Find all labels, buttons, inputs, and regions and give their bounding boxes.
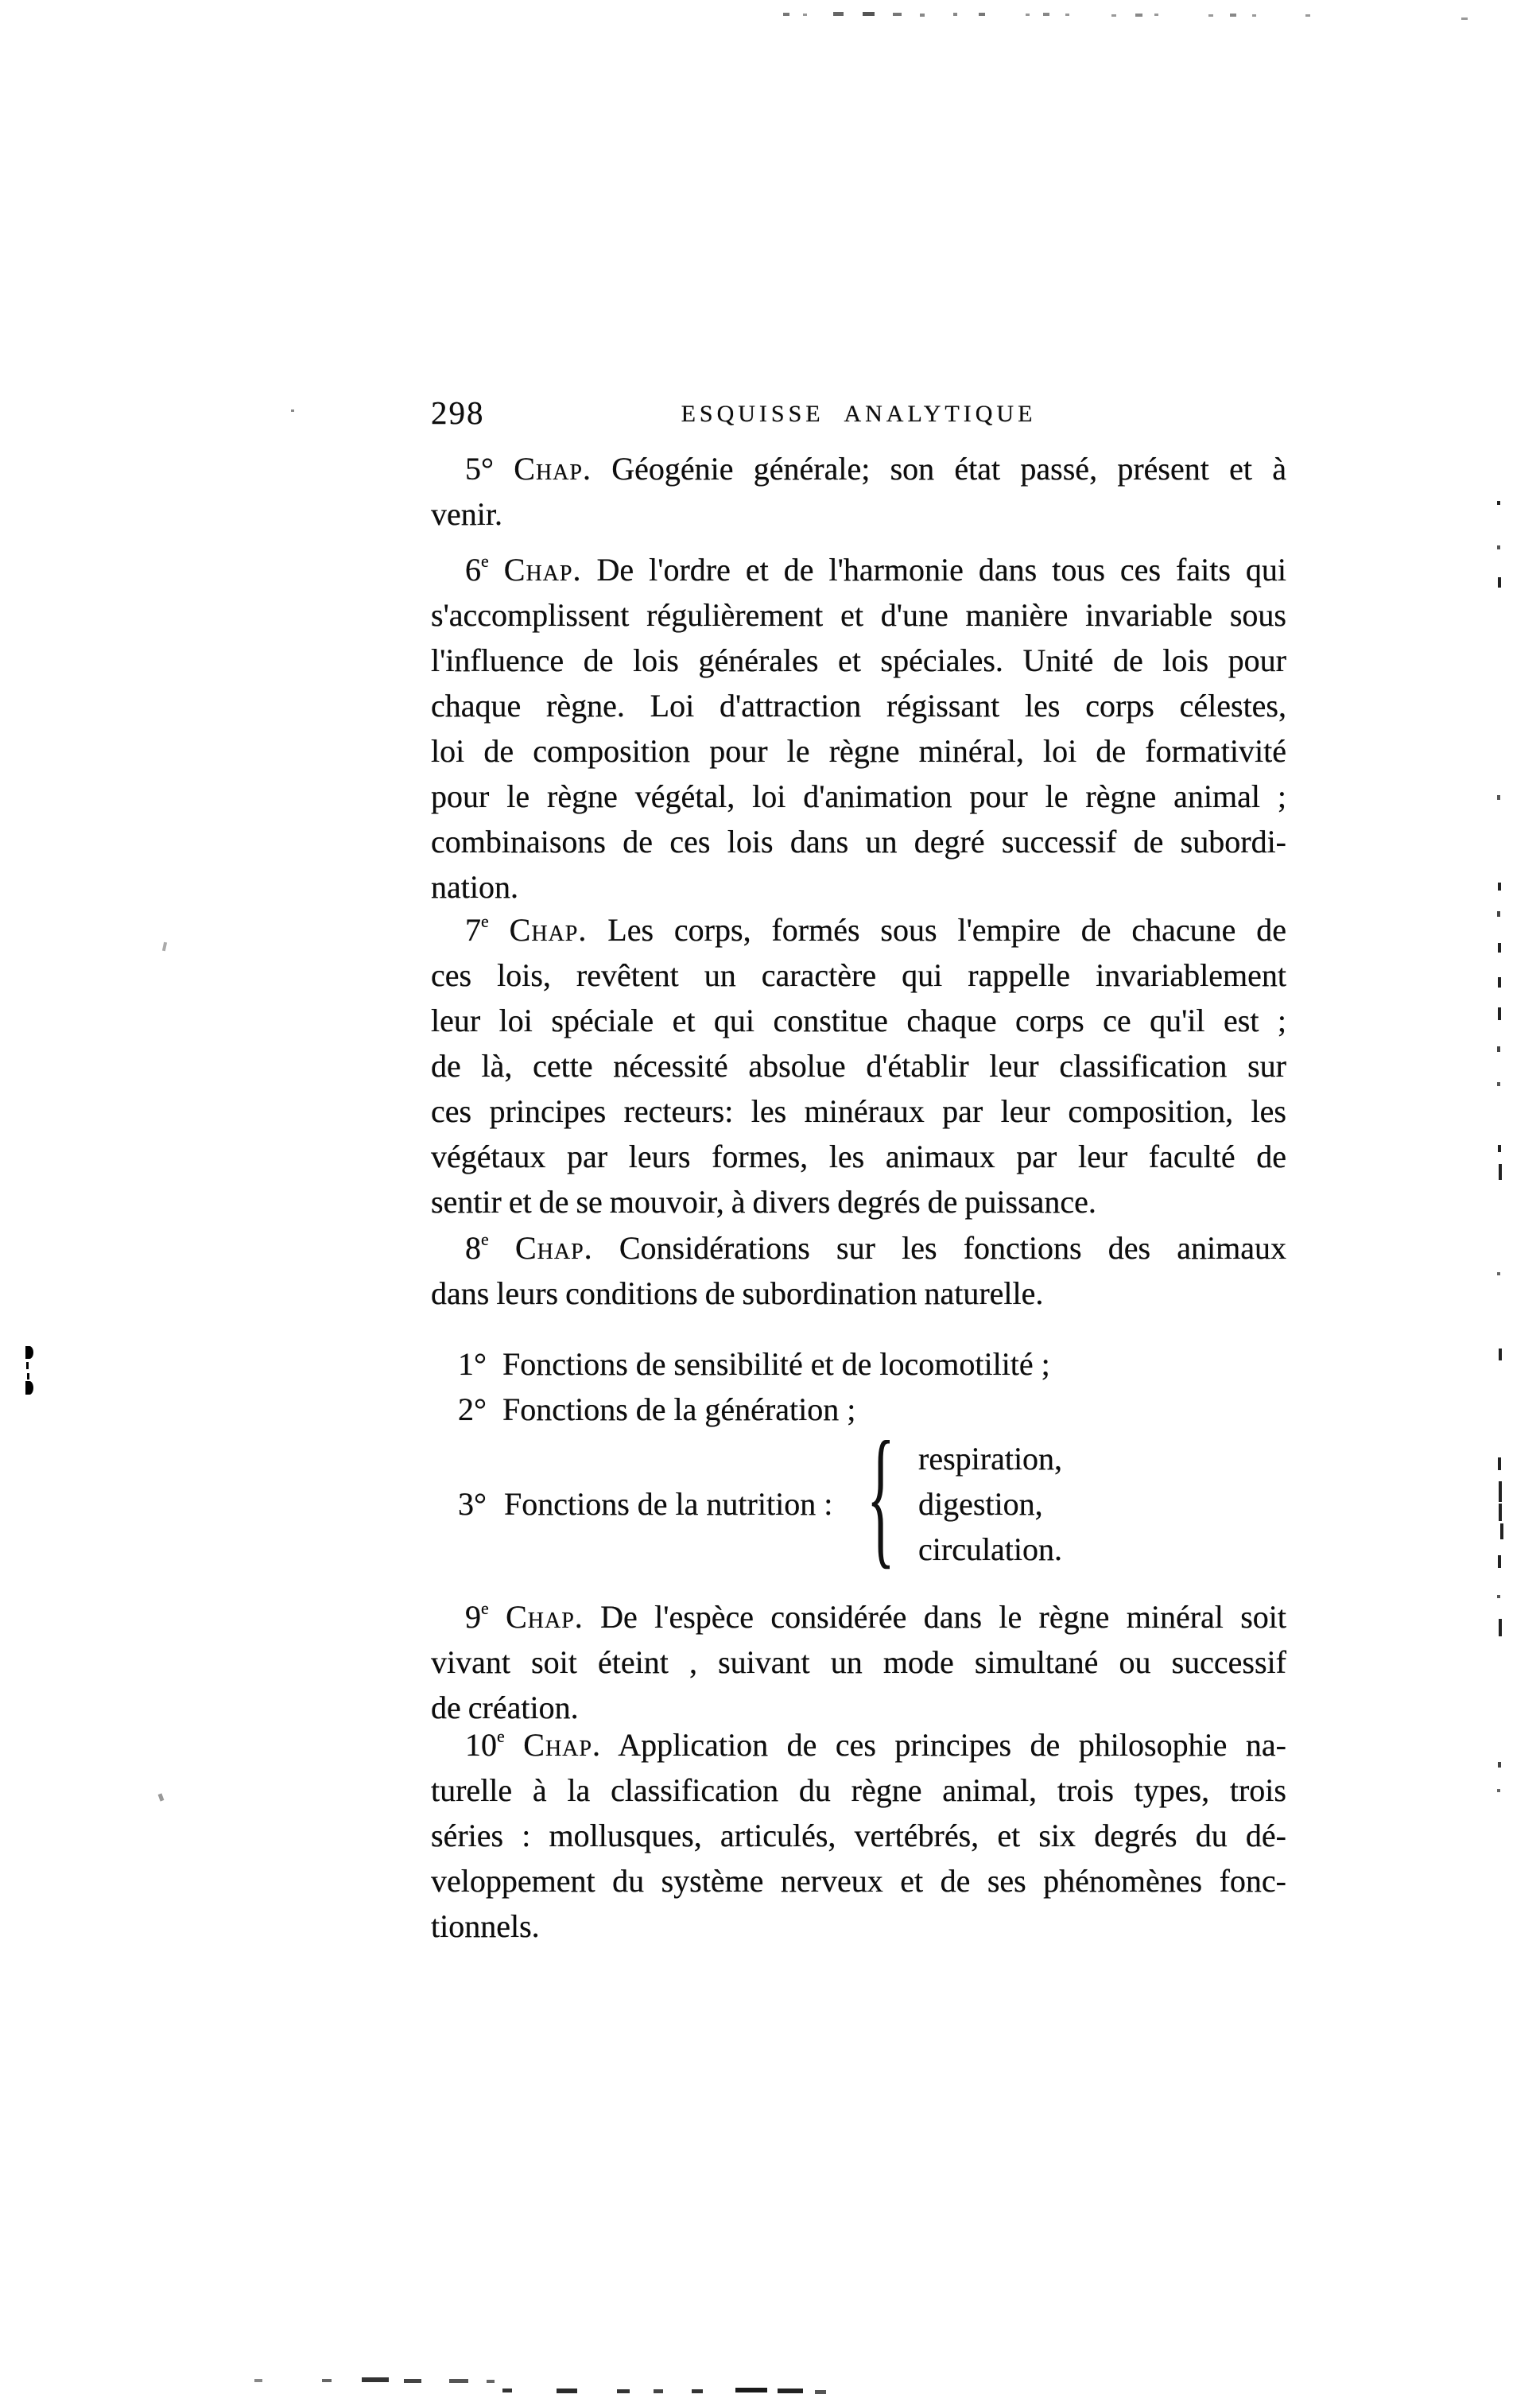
scan-artifact (1498, 1762, 1501, 1768)
scan-artifact (1208, 14, 1213, 17)
list-item-3: 3°Fonctions de la nutrition : (458, 1481, 832, 1527)
text-run: De l'espèce considérée dans le règne min… (600, 1599, 1286, 1635)
nutrition-sub-item: digestion, (918, 1481, 1062, 1527)
scan-artifact (1043, 13, 1049, 16)
scan-artifact (404, 2379, 421, 2383)
scan-artifact (893, 13, 902, 16)
text-line: vivant soit éteint , suivant un mode sim… (431, 1640, 1286, 1685)
text-line: pour le règne végétal, loi d'animation p… (431, 774, 1286, 819)
scan-artifact (1497, 1046, 1500, 1052)
text-line: ces principes recteurs: les minéraux par… (431, 1089, 1286, 1134)
text-line: 6e Chap. De l'ordre et de l'harmonie dan… (431, 547, 1286, 592)
scan-artifact (487, 2380, 495, 2383)
scan-artifact (735, 2388, 767, 2392)
scan-artifact (449, 2379, 468, 2383)
scan-artifact (254, 2379, 262, 2382)
scan-artifact (1498, 577, 1501, 588)
text-line: végétaux par leurs formes, les animaux p… (431, 1134, 1286, 1179)
scan-artifact (654, 2389, 663, 2393)
scan-artifact (920, 14, 925, 17)
scan-artifact (1461, 17, 1468, 20)
scan-artifact (1498, 1555, 1501, 1568)
scan-artifact (1498, 883, 1501, 891)
scan-artifact (815, 2390, 826, 2394)
chapter-number-value: 5° (465, 451, 494, 487)
scan-artifact (27, 1373, 29, 1380)
scanned-book-page: { "page": { "number": "298", "running_ti… (0, 0, 1540, 2406)
text-line: séries : mollusques, articulés, vertébré… (431, 1813, 1286, 1858)
scan-artifact (322, 2379, 332, 2382)
list-item-text: Fonctions de la génération ; (502, 1391, 855, 1427)
scan-artifact (162, 942, 167, 952)
scan-artifact (1497, 795, 1500, 800)
text-line: 7e Chap. Les corps, formés sous l'empire… (431, 907, 1286, 953)
chapter-number-ordinal: e (497, 1726, 505, 1746)
text-line: 8e Chap. Considérations sur les fonction… (431, 1225, 1286, 1271)
text-run: Les corps, formés sous l'empire de chacu… (607, 912, 1286, 948)
chapter-number-value: 9 (465, 1599, 481, 1635)
text-line: nation. (431, 864, 1286, 910)
chapter-label: Chap. (523, 1727, 601, 1763)
chapter-5-paragraph: 5° Chap. Géogénie générale; son état pas… (431, 446, 1286, 537)
text-line: tionnels. (431, 1903, 1286, 1949)
list-item-number: 3° (458, 1481, 487, 1527)
text-run: Considérations sur les fonctions des ani… (619, 1230, 1286, 1266)
scan-artifact (25, 1346, 33, 1359)
chapter-label: Chap. (515, 1230, 593, 1266)
nutrition-sub-items: respiration, digestion, circulation. (918, 1436, 1062, 1572)
scan-artifact (1065, 14, 1069, 16)
scan-artifact (1497, 545, 1500, 549)
text-line: sentir et de se mouvoir, à divers degrés… (431, 1179, 1286, 1224)
scan-artifact (1498, 1457, 1501, 1470)
text-line: l'influence de lois générales et spécial… (431, 638, 1286, 683)
scan-artifact (833, 12, 844, 16)
chapter-number: 5° (465, 451, 494, 487)
list-item-text: Fonctions de la nutrition : (504, 1486, 832, 1522)
text-line: venir. (431, 491, 1286, 537)
scan-artifact (1500, 1523, 1503, 1539)
scan-artifact (1135, 14, 1142, 17)
scan-artifact (1497, 1082, 1500, 1086)
scan-artifact (557, 2389, 577, 2393)
chapter-10-paragraph: 10e Chap. Application de ces principes d… (431, 1722, 1286, 1949)
scan-artifact (1498, 1145, 1501, 1152)
chapter-label: Chap. (504, 552, 582, 588)
page-header: 298 ESQUISSE ANALYTIQUE (431, 395, 1286, 435)
chapter-label: Chap. (510, 912, 588, 948)
text-line: leur loi spéciale et qui constitue chaqu… (431, 998, 1286, 1043)
scan-artifact (1499, 1504, 1502, 1521)
running-title: ESQUISSE ANALYTIQUE (431, 401, 1286, 428)
list-item-1: 1°Fonctions de sensibilité et de locomot… (431, 1341, 1313, 1387)
chapter-number-ordinal: e (481, 1229, 489, 1249)
scan-artifact (291, 409, 294, 412)
scan-artifact (1305, 14, 1310, 17)
scan-artifact (1498, 977, 1501, 988)
list-item-text: Fonctions de sensibilité et de locomotil… (502, 1346, 1050, 1382)
list-item-number: 1° (458, 1341, 487, 1387)
scan-artifact (1230, 14, 1236, 17)
nutrition-sub-item: respiration, (918, 1436, 1062, 1481)
scan-artifact (1498, 943, 1501, 953)
chapter-number: 6e (465, 552, 489, 588)
scan-artifact (692, 2389, 703, 2393)
chapter-number-value: 6 (465, 552, 481, 588)
scan-artifact (1497, 1595, 1500, 1598)
scan-artifact (362, 2377, 389, 2382)
scan-artifact (1026, 14, 1030, 16)
scan-artifact (1497, 1789, 1500, 1792)
text-line: s'accomplissent régulièrement et d'une m… (431, 592, 1286, 638)
text-line: 9e Chap. De l'espèce considérée dans le … (431, 1594, 1286, 1640)
chapter-number: 10e (465, 1727, 505, 1763)
text-line: loi de composition pour le règne minéral… (431, 728, 1286, 774)
chapter-label: Chap. (506, 1599, 584, 1635)
chapter-number: 9e (465, 1599, 489, 1635)
text-line: combinaisons de ces lois dans un degré s… (431, 819, 1286, 864)
list-item-3-group: 3°Fonctions de la nutrition : { respirat… (431, 1427, 1286, 1570)
scan-artifact (1497, 911, 1500, 917)
text-line: veloppement du système nerveux et de ses… (431, 1858, 1286, 1903)
chapter-number: 7e (465, 912, 489, 948)
text-line: 5° Chap. Géogénie générale; son état pas… (431, 446, 1286, 491)
chapter-6-paragraph: 6e Chap. De l'ordre et de l'harmonie dan… (431, 547, 1286, 910)
scan-artifact (1498, 1007, 1501, 1020)
chapter-number-ordinal: e (481, 911, 489, 931)
page-scan: 298 ESQUISSE ANALYTIQUE 5° Chap. Géogéni… (0, 0, 1540, 2406)
text-line: turelle à la classification du règne ani… (431, 1768, 1286, 1813)
scan-artifact (158, 1793, 165, 1801)
chapter-number-value: 7 (465, 912, 481, 948)
scan-artifact (1252, 14, 1256, 17)
chapter-7-paragraph: 7e Chap. Les corps, formés sous l'empire… (431, 907, 1286, 1224)
chapter-number-value: 10 (465, 1727, 497, 1763)
scan-artifact (803, 14, 807, 16)
scan-artifact (25, 1381, 33, 1395)
scan-artifact (1497, 1272, 1500, 1275)
text-line: dans leurs conditions de subordination n… (431, 1271, 1286, 1316)
nutrition-sub-item: circulation. (918, 1527, 1062, 1572)
scan-artifact (1499, 1349, 1502, 1360)
text-run: De l'ordre et de l'harmonie dans tous ce… (597, 552, 1287, 588)
scan-artifact (778, 2389, 803, 2393)
scan-artifact (1499, 1164, 1502, 1180)
chapter-label: Chap. (514, 451, 592, 487)
text-line: de là, cette nécessité absolue d'établir… (431, 1043, 1286, 1089)
scan-artifact (1497, 501, 1500, 505)
chapter-9-paragraph: 9e Chap. De l'espèce considérée dans le … (431, 1594, 1286, 1730)
text-line: chaque règne. Loi d'attraction régissant… (431, 683, 1286, 728)
scan-artifact (1154, 14, 1158, 16)
scan-artifact (953, 13, 957, 16)
scan-artifact (979, 13, 985, 16)
text-run: Géogénie générale; son état passé, prése… (611, 451, 1286, 487)
scan-artifact (863, 12, 875, 16)
scan-artifact (502, 2389, 512, 2392)
chapter-number-value: 8 (465, 1230, 481, 1266)
text-run: Application de ces principes de philosop… (618, 1727, 1286, 1763)
chapter-number: 8e (465, 1230, 489, 1266)
chapter-number-ordinal: e (481, 551, 489, 571)
scan-artifact (783, 13, 789, 16)
scan-artifact (1499, 1481, 1502, 1502)
chapter-8-paragraph: 8e Chap. Considérations sur les fonction… (431, 1225, 1286, 1316)
scan-artifact (617, 2389, 630, 2393)
text-line: ces lois, revêtent un caractère qui rapp… (431, 953, 1286, 998)
text-line: 10e Chap. Application de ces principes d… (431, 1722, 1286, 1768)
scan-artifact (26, 1362, 29, 1369)
chapter-number-ordinal: e (481, 1598, 489, 1618)
scan-artifact (1499, 1619, 1502, 1636)
scan-artifact (1111, 14, 1116, 17)
brace-glyph: { (867, 1424, 895, 1569)
list-item-number: 2° (458, 1387, 487, 1432)
